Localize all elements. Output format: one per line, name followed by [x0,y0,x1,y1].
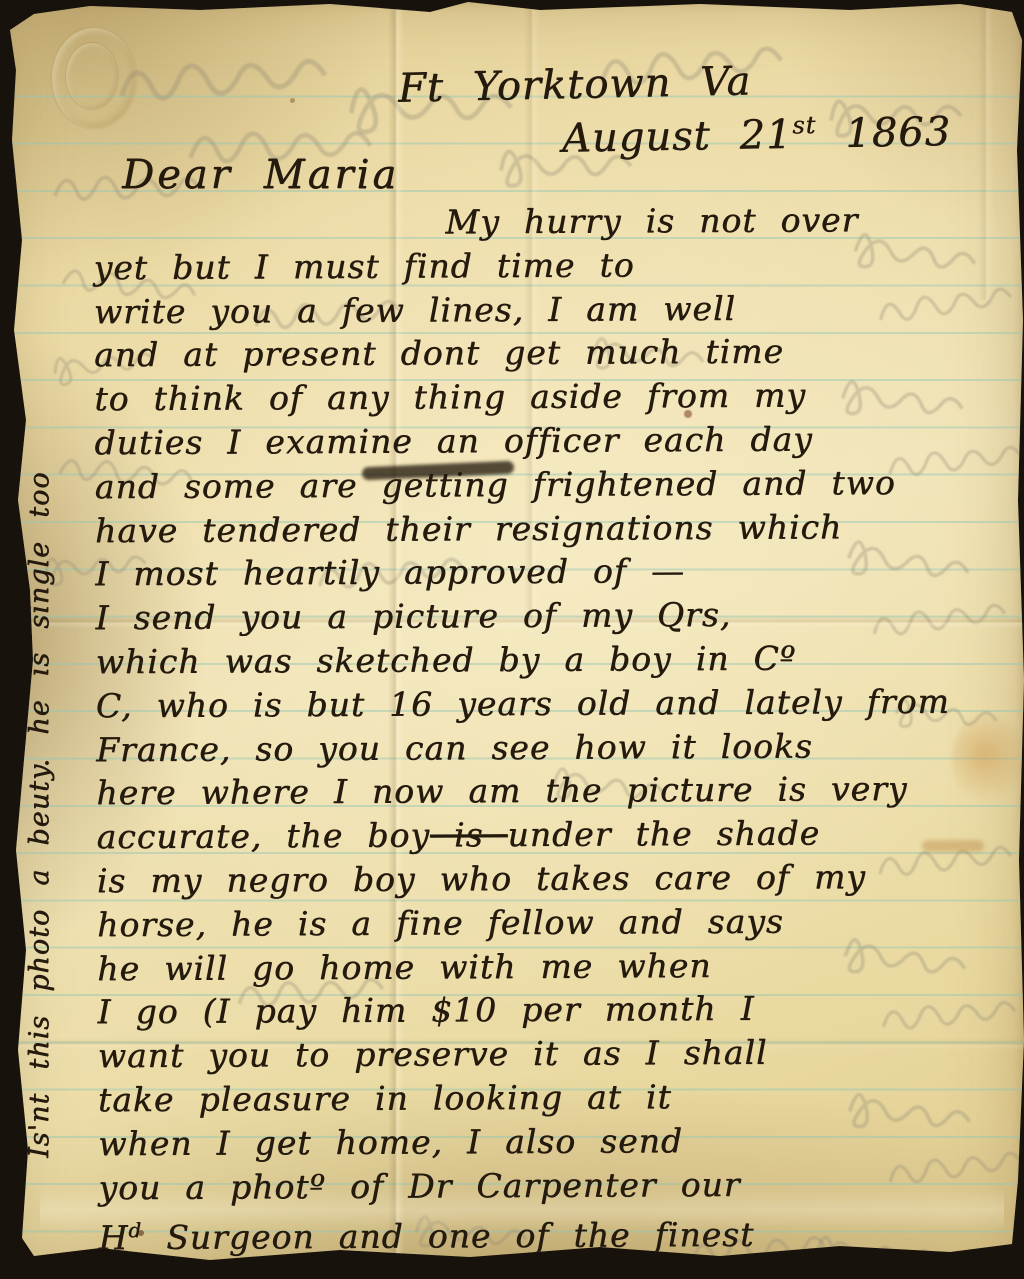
margin-note: Is'nt this photo a beuty. he is single t… [24,98,55,1158]
handwriting-line: yet but I must find time to [93,242,947,290]
handwriting-line: you a photº of Dr Carpenter our [98,1161,952,1209]
handwriting-line: have tendered their resignations which [95,504,949,552]
handwriting-line: I send you a picture of my Qrs, [95,592,949,640]
letter-body: My hurry is not overyet but I must find … [93,198,952,1261]
date-text: August 21 [562,112,793,162]
handwriting-line: C, who is but 16 years old and lately fr… [96,680,950,728]
handwriting-line: and some are getting frightened and two [95,461,949,509]
handwriting-line: here where I now am the picture is very [96,767,950,815]
date-ordinal-suffix: st [792,111,816,139]
fold-crease-vertical-right [978,0,994,300]
handwriting-line: I go (I pay him $10 per month I [97,986,951,1034]
handwriting-line: take pleasure in looking at it [98,1074,952,1122]
embossed-seal [50,26,138,130]
date-year: 1863 [816,109,952,157]
handwriting-line: accurate, the boy is under the shade [96,811,950,859]
handwriting-line: duties I examine an officer each day [94,417,948,465]
handwriting-line: when I get home, I also send [98,1117,952,1165]
scan-background: { "page": { "description": "Scanned hand… [0,0,1024,1279]
salutation: Dear Maria [122,152,399,198]
place-line: Ft Yorktown Va [398,58,752,111]
handwriting-line: France, so you can see how it looks [96,723,950,771]
handwriting-line: write you a few lines, I am well [94,285,948,333]
handwriting-line: he will go home with me when [97,942,951,990]
embossed-seal-inner-ring [65,42,119,110]
handwriting-line: and at present dont get much time [94,329,948,377]
handwriting-line: which was sketched by a boy in Cº [96,636,950,684]
stain-spot [952,712,1024,807]
handwriting-line: I most heartily approved of — [95,548,949,596]
handwriting-line: want you to preserve it as I shall [98,1030,952,1078]
handwriting-line: horse, he is a fine fellow and says [97,899,951,947]
handwriting-line: Hd Surgeon and one of the finest [99,1205,953,1260]
ink-speck [290,98,295,103]
handwriting-line: is my negro boy who takes care of my [97,855,951,903]
handwriting-line: My hurry is not over [93,198,947,246]
letter-paper: Ft Yorktown Va August 21st 1863 Dear Mar… [0,0,1024,1279]
date-line: August 21st 1863 [562,109,952,162]
handwriting-line: to think of any thing aside from my [94,373,948,421]
